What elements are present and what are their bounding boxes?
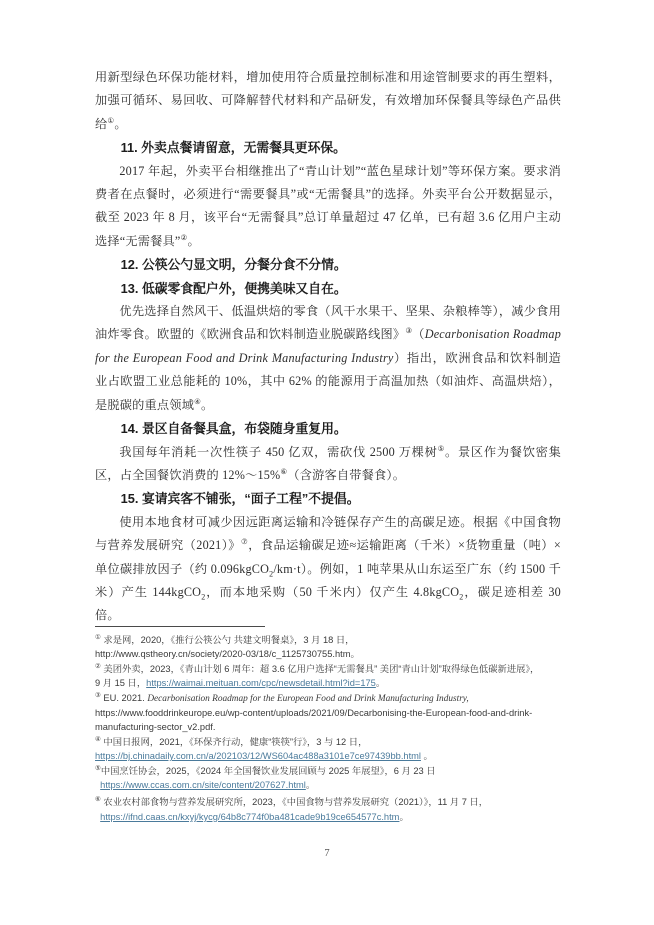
footnote-url-link[interactable]: https://www.ccas.com.cn/site/content/207… <box>100 780 306 790</box>
paragraph: 使用本地食材可减少因远距离运输和冷链保存产生的高碳足迹。根据《中国食物与营养发展… <box>95 511 561 628</box>
text-run: 。 <box>399 812 408 822</box>
section-heading: 14. 景区自备餐具盒，布袋随身重复用。 <box>95 417 561 440</box>
footnote-item: ④ 中国日报网，2021，《环保齐行动，健康“筷筷”行》，3 与 12 日，ht… <box>95 735 563 764</box>
text-run: （含游客自带餐食）。 <box>287 468 405 482</box>
section-heading: 15. 宴请宾客不铺张，“面子工程”不提倡。 <box>95 487 561 510</box>
section-heading: 12. 公筷公勺显文明，分餐分食不分情。 <box>95 253 561 276</box>
text-run: （ <box>412 327 424 341</box>
text-run: 。 <box>421 751 433 761</box>
text-run: 美团外卖，2023，《青山计划 6 周年：超 3.6 亿用户选择“无需餐具” 美… <box>101 664 540 674</box>
paragraph: 2017 年起，外卖平台相继推出了“青山计划”“蓝色星球计划”等环保方案。要求消… <box>95 160 561 254</box>
text-run: 。 <box>114 117 126 131</box>
italic-title-text: Decarbonisation Roadmap for the European… <box>147 694 468 704</box>
document-page: 用新型绿色环保功能材料，增加使用符合质量控制标准和用途管制要求的再生塑料，加强可… <box>0 0 654 925</box>
footnote-url-link[interactable]: https://waimai.meituan.com/cpc/newsdetai… <box>146 678 376 688</box>
text-run: https://www.fooddrinkeurope.eu/wp-conten… <box>95 708 532 732</box>
footnotes-section: ① 求是网，2020，《推行公筷公勺 共建文明餐桌》，3 月 18 日，http… <box>95 626 563 824</box>
page-number: 7 <box>0 848 654 859</box>
text-run: 中国烹饪协会，2025，《2024 年全国餐饮业发展回顾与 2025 年展望》，… <box>101 766 436 776</box>
footnote-item: ① 求是网，2020，《推行公筷公勺 共建文明餐桌》，3 月 18 日，http… <box>95 633 563 662</box>
section-heading: 11. 外卖点餐请留意，无需餐具更环保。 <box>95 136 561 159</box>
text-run: 。 <box>201 398 213 412</box>
text-run: 。 <box>306 780 315 790</box>
text-run: 农业农村部食物与营养发展研究所，2023，《中国食物与营养发展研究（2021）》… <box>101 797 488 807</box>
footnote-reference[interactable]: ④ <box>194 397 201 406</box>
footnote-item: ③ EU. 2021. Decarbonisation Roadmap for … <box>95 691 563 735</box>
paragraph: 我国每年消耗一次性筷子 450 亿双，需砍伐 2500 万棵树⑤。景区作为餐饮密… <box>95 441 561 488</box>
footnote-url-link[interactable]: https://ifnd.caas.cn/kxyj/kycg/64b8c774f… <box>100 812 399 822</box>
text-run: 求是网，2020，《推行公筷公勺 共建文明餐桌》，3 月 18 日， <box>101 635 355 645</box>
text-run: 9 月 15 日， <box>95 678 146 688</box>
document-body: 用新型绿色环保功能材料，增加使用符合质量控制标准和用途管制要求的再生塑料，加强可… <box>95 66 561 628</box>
text-run: 。 <box>187 234 199 248</box>
footnote-item: ⑤中国烹饪协会，2025，《2024 年全国餐饮业发展回顾与 2025 年展望》… <box>95 764 563 793</box>
text-run: 。 <box>376 678 385 688</box>
text-run: 用新型绿色环保功能材料，增加使用符合质量控制标准和用途管制要求的再生塑料，加强可… <box>95 70 561 131</box>
text-run: 中国日报网，2021，《环保齐行动，健康“筷筷”行》，3 与 12 日， <box>101 737 368 747</box>
paragraph: 用新型绿色环保功能材料，增加使用符合质量控制标准和用途管制要求的再生塑料，加强可… <box>95 66 561 136</box>
text-run: ，而本地采购（50 千米内）仅产生 4.8kgCO <box>205 585 459 599</box>
footnote-list: ① 求是网，2020，《推行公筷公勺 共建文明餐桌》，3 月 18 日，http… <box>95 633 563 824</box>
text-run: EU. 2021. <box>101 693 148 703</box>
paragraph: 优先选择自然风干、低温烘焙的零食（风干水果干、坚果、杂粮棒等），减少食用油炸零食… <box>95 300 561 417</box>
footnote-item: ⑥ 农业农村部食物与营养发展研究所，2023，《中国食物与营养发展研究（2021… <box>95 795 563 824</box>
text-run: 我国每年消耗一次性筷子 450 亿双，需砍伐 2500 万棵树 <box>119 445 437 459</box>
text-run: 2017 年起，外卖平台相继推出了“青山计划”“蓝色星球计划”等环保方案。要求消… <box>95 164 561 248</box>
footnote-url-link[interactable]: https://bj.chinadaily.com.cn/a/202103/12… <box>95 751 421 761</box>
text-run: http://www.qstheory.cn/society/2020-03/1… <box>95 649 360 659</box>
section-heading: 13. 低碳零食配户外，便携美味又自在。 <box>95 277 561 300</box>
footnote-reference[interactable]: ⑤ <box>438 443 445 452</box>
footnote-item: ② 美团外卖，2023，《青山计划 6 周年：超 3.6 亿用户选择“无需餐具”… <box>95 662 563 691</box>
footnote-separator <box>95 626 265 627</box>
